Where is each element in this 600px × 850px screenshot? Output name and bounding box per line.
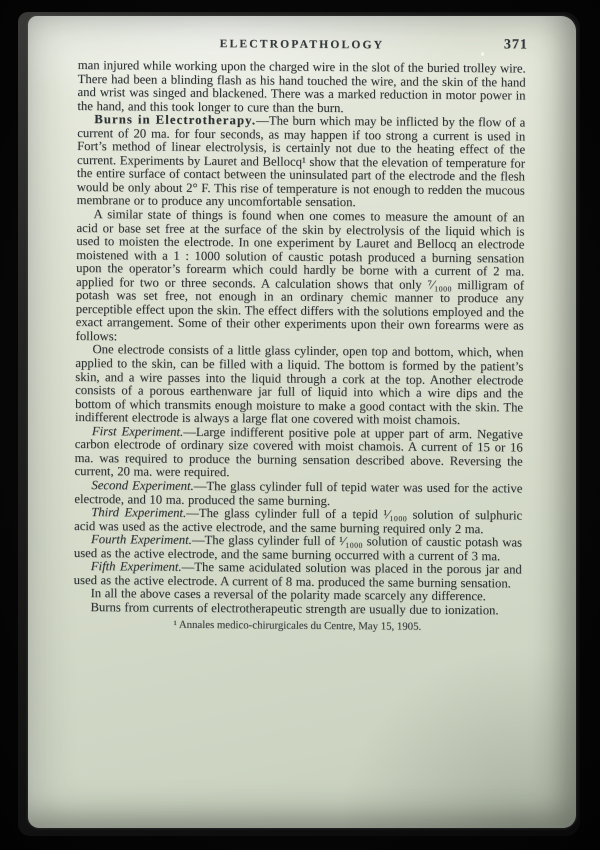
body-text: man injured while working upon the charg… bbox=[73, 59, 525, 618]
page-content: ELECTROPATHOLOGY 371 man injured while w… bbox=[73, 34, 526, 634]
footnote: ¹ Annales medico-chirurgicales du Centre… bbox=[73, 618, 521, 634]
experiment-heading: Third Experiment. bbox=[91, 505, 186, 520]
paragraph-text: One electrode consists of a little glass… bbox=[75, 343, 524, 428]
paragraph-text: Burns from currents of electrotherapeuti… bbox=[90, 600, 498, 617]
paragraph-text: man injured while working upon the charg… bbox=[77, 58, 525, 115]
paragraph-text: —The burn which may be inflicted by the … bbox=[77, 114, 526, 210]
paragraph-first-experiment: First Experiment.—Large indifferent posi… bbox=[75, 425, 523, 483]
running-head: ELECTROPATHOLOGY 371 bbox=[78, 34, 526, 56]
experiment-heading: Fifth Experiment. bbox=[91, 559, 182, 574]
paragraph-ionization: Burns from currents of electrotherapeuti… bbox=[73, 601, 521, 618]
experiment-heading: Fourth Experiment. bbox=[91, 532, 192, 547]
paragraph-text: A similar state of things is found when … bbox=[76, 207, 525, 343]
scanned-page-photo: ELECTROPATHOLOGY 371 man injured while w… bbox=[0, 0, 600, 850]
page-number: 371 bbox=[504, 37, 528, 53]
paragraph-similar-state: A similar state of things is found when … bbox=[76, 208, 525, 347]
experiment-heading: Second Experiment. bbox=[91, 478, 193, 493]
paragraph-continuation: man injured while working upon the charg… bbox=[77, 59, 525, 117]
experiment-heading: First Experiment. bbox=[92, 424, 183, 439]
running-head-title: ELECTROPATHOLOGY bbox=[78, 34, 526, 53]
paragraph-one-electrode: One electrode consists of a little glass… bbox=[75, 343, 524, 428]
book-page: ELECTROPATHOLOGY 371 man injured while w… bbox=[28, 16, 576, 828]
paragraph-burns-in-electrotherapy: Burns in Electrotherapy.—The burn which … bbox=[77, 113, 526, 211]
